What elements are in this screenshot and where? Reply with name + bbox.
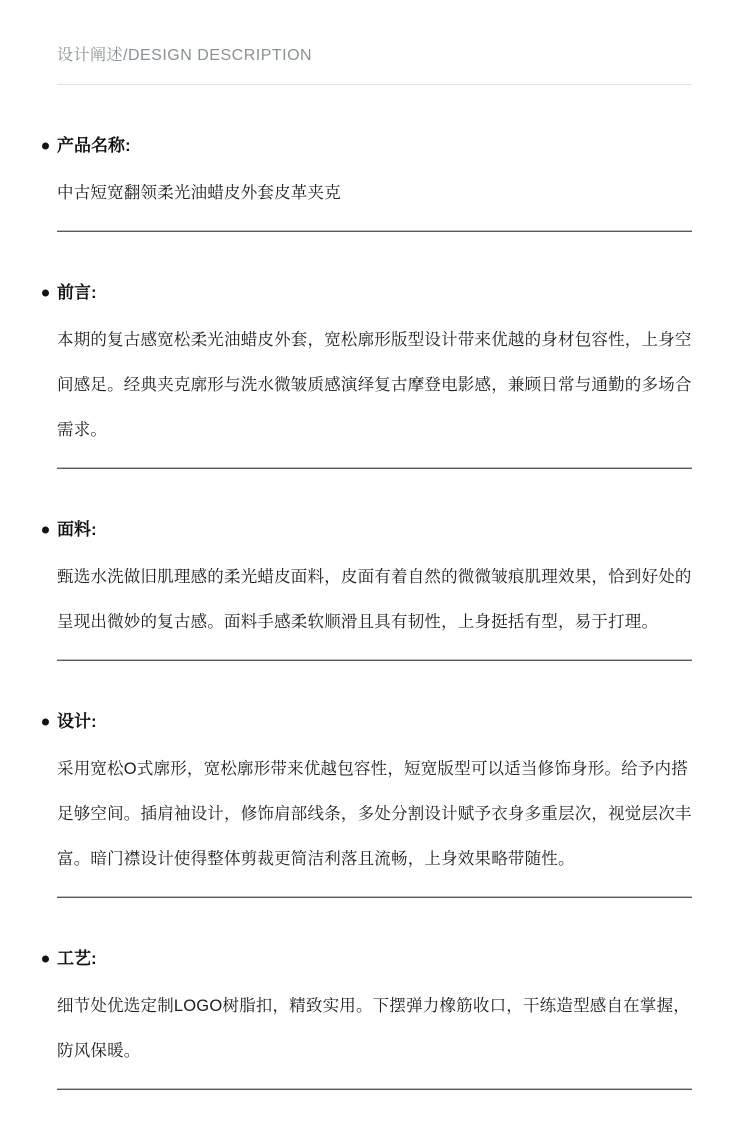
section-heading: 设计: [57,709,692,735]
section-body-text: 中古短宽翻领柔光油蜡皮外套皮革夹克 [57,171,692,216]
section-body-text: 细节处优选定制LOGO树脂扣，精致实用。下摆弹力橡筋收口，干练造型感自在掌握，防… [57,984,692,1074]
section-heading-label: 设计: [57,712,97,731]
section-heading: 产品名称: [57,133,692,159]
section-body-text: 采用宽松O式廓形，宽松廓形带来优越包容性，短宽版型可以适当修饰身形。给予内搭足够… [57,747,692,882]
section-divider [57,467,692,469]
section-preface: 前言: 本期的复古感宽松柔光油蜡皮外套，宽松廓形版型设计带来优越的身材包容性，上… [57,280,692,469]
bullet-dot-icon [42,527,49,534]
page-title: 设计阐述/DESIGN DESCRIPTION [57,46,692,66]
section-heading: 前言: [57,280,692,306]
bullet-dot-icon [42,143,49,150]
section-body-text: 甄选水洗做旧肌理感的柔光蜡皮面料，皮面有着自然的微微皱痕肌理效果，恰到好处的呈现… [57,555,692,645]
bullet-dot-icon [42,290,49,297]
section-heading-label: 面料: [57,520,97,539]
section-body-text: 本期的复古感宽松柔光油蜡皮外套，宽松廓形版型设计带来优越的身材包容性，上身空间感… [57,318,692,453]
bullet-dot-icon [42,956,49,963]
section-divider [57,230,692,232]
section-divider [57,659,692,661]
section-heading: 工艺: [57,946,692,972]
section-divider [57,896,692,898]
section-divider [57,1088,692,1090]
design-description-page: 设计阐述/DESIGN DESCRIPTION 产品名称: 中古短宽翻领柔光油蜡… [0,0,750,1126]
section-craft: 工艺: 细节处优选定制LOGO树脂扣，精致实用。下摆弹力橡筋收口，干练造型感自在… [57,946,692,1090]
section-fabric: 面料: 甄选水洗做旧肌理感的柔光蜡皮面料，皮面有着自然的微微皱痕肌理效果，恰到好… [57,517,692,661]
section-design: 设计: 采用宽松O式廓形，宽松廓形带来优越包容性，短宽版型可以适当修饰身形。给予… [57,709,692,898]
section-product-name: 产品名称: 中古短宽翻领柔光油蜡皮外套皮革夹克 [57,133,692,232]
bullet-dot-icon [42,719,49,726]
section-heading-label: 前言: [57,283,97,302]
section-heading-label: 产品名称: [57,136,131,155]
section-heading: 面料: [57,517,692,543]
section-heading-label: 工艺: [57,949,97,968]
header-divider [57,84,692,85]
